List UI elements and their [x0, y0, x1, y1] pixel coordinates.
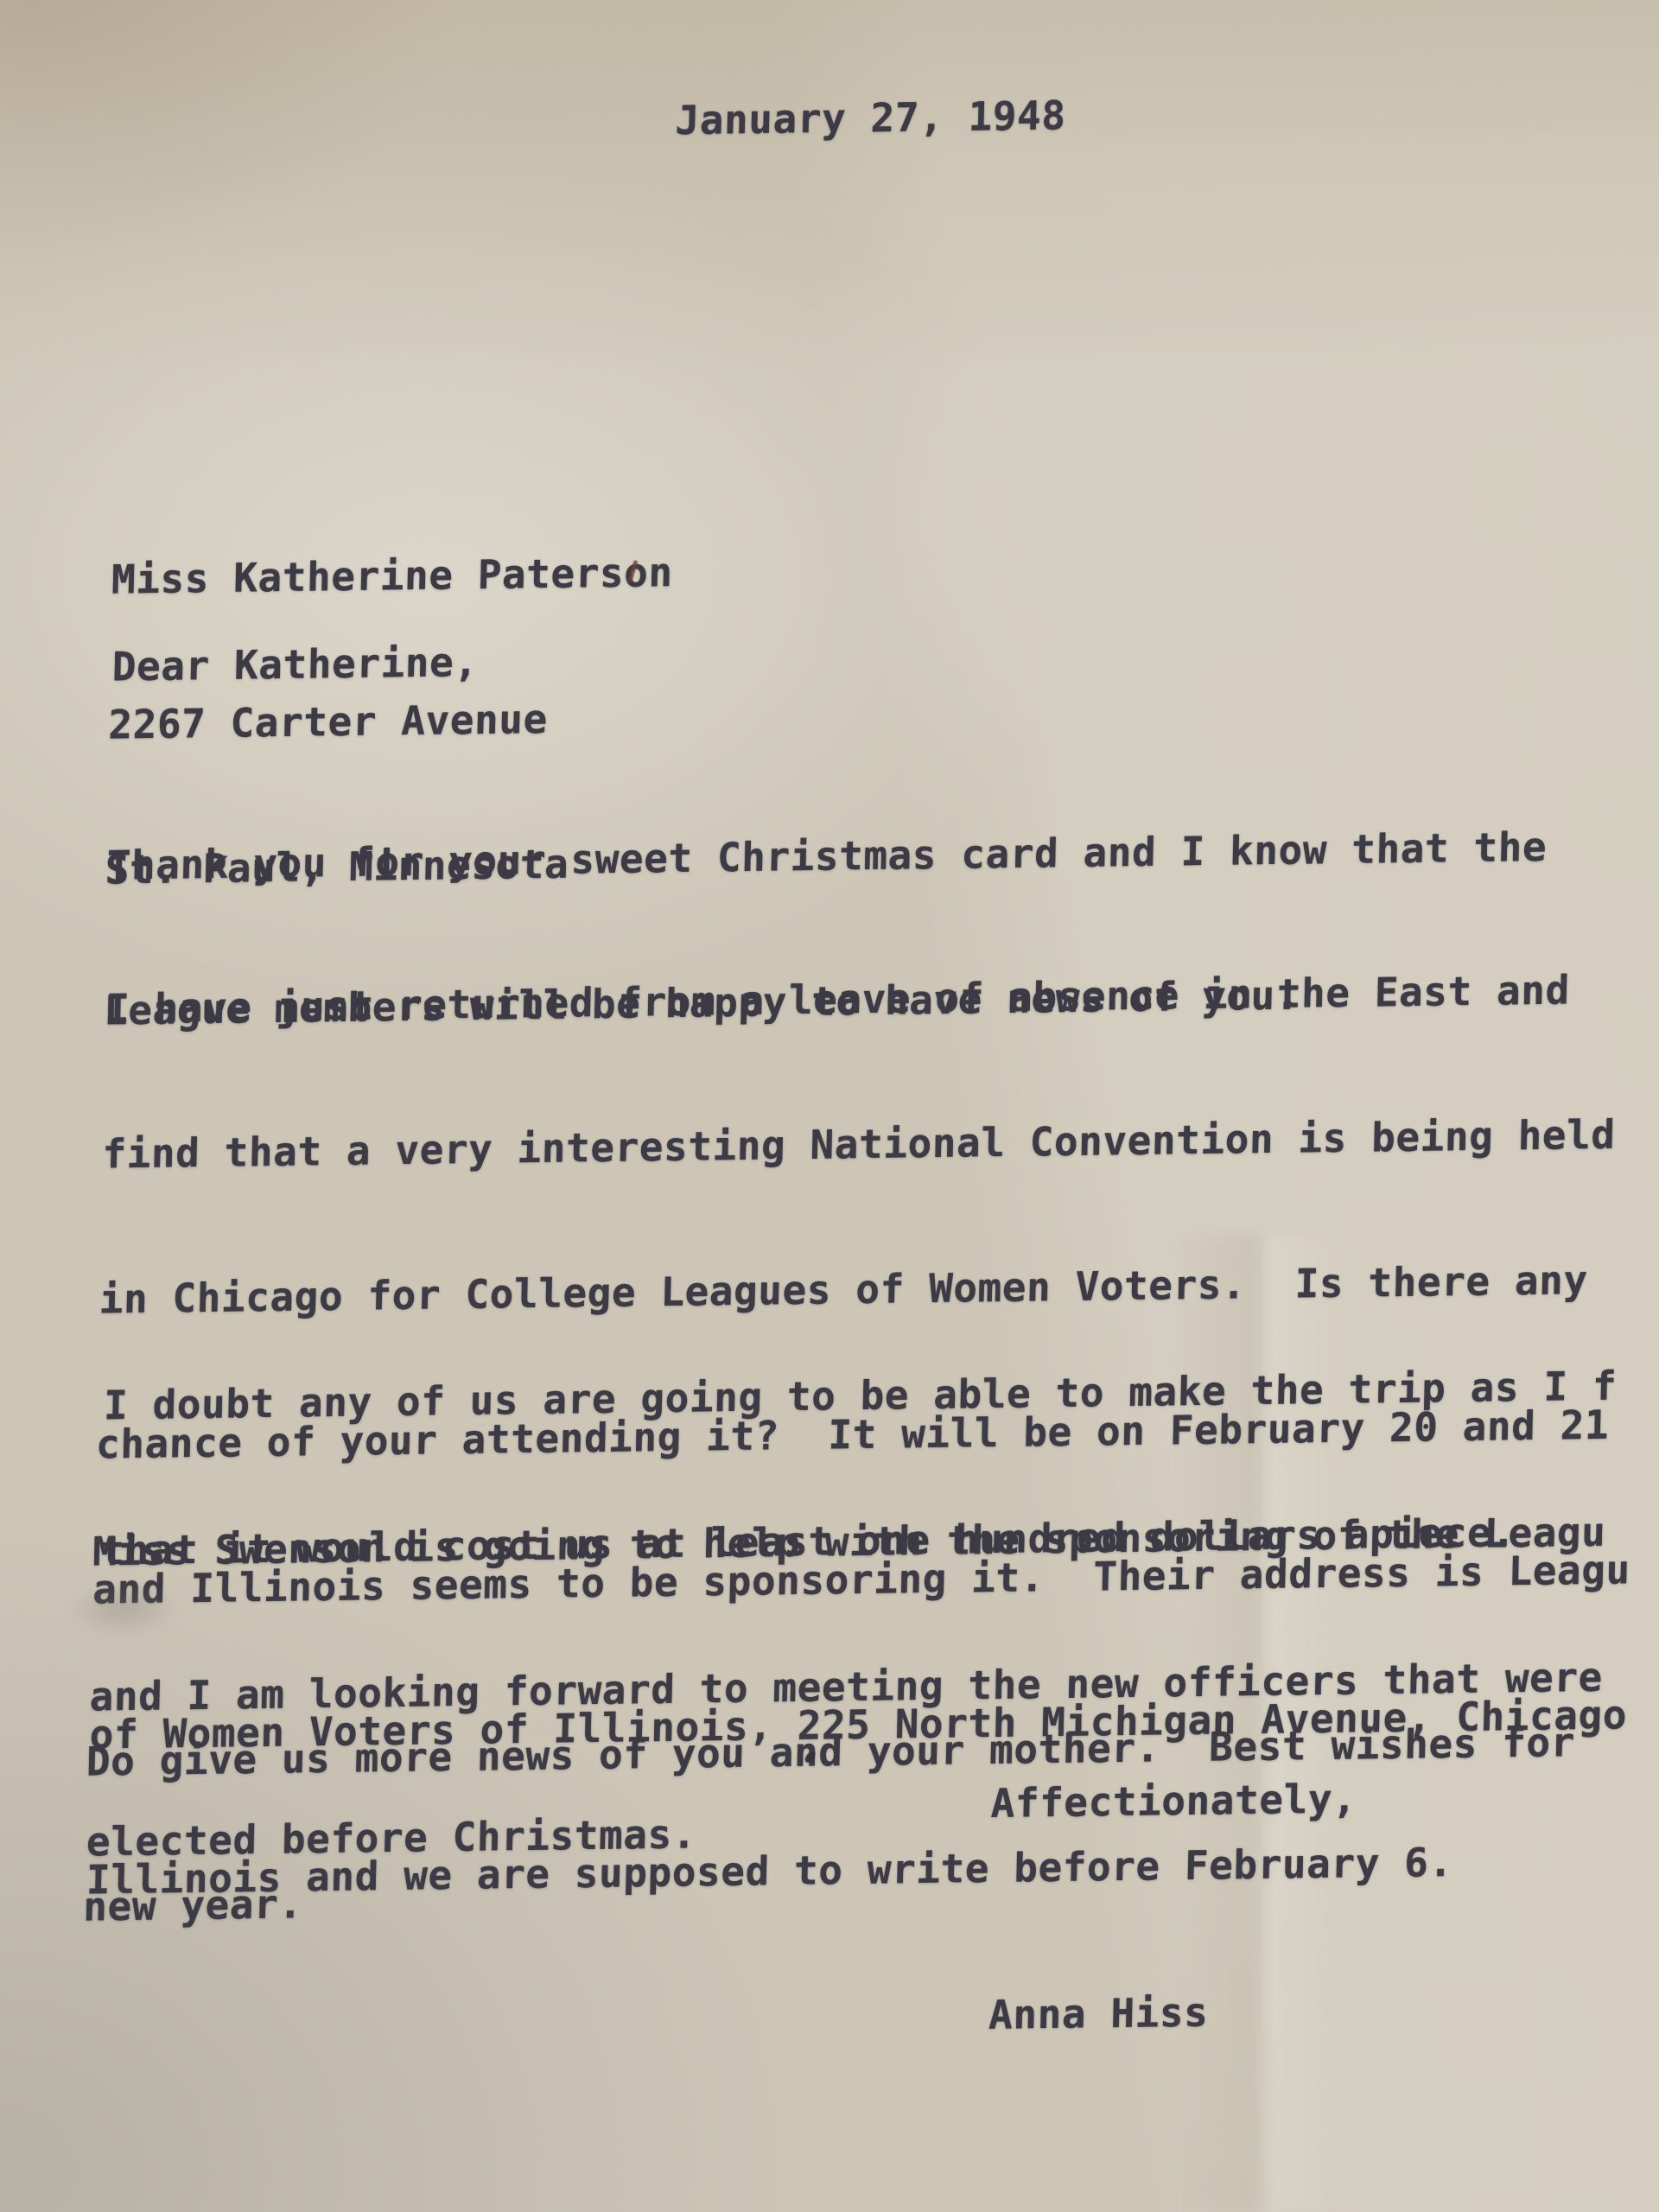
paragraph-5: Do give us more news of you and your mot… — [80, 1621, 1578, 2027]
typed-line: Miss Swenson is going to help with the s… — [92, 1508, 1606, 1576]
typed-line: I have just returned from a leave of abs… — [105, 964, 1644, 1033]
salutation: Dear Katherine, — [111, 638, 479, 691]
closing: Affectionately, — [990, 1774, 1357, 1827]
letter-content: January 27, 1948 Miss Katherine Paterson… — [0, 0, 1659, 2212]
typed-line: find that a very interesting National Co… — [102, 1109, 1641, 1178]
recipient-name: Miss Katherine Paterson — [111, 548, 674, 603]
letter-date: January 27, 1948 — [675, 91, 1066, 144]
ink-smudge — [67, 1581, 180, 1637]
signature-name: Anna Hiss — [988, 1988, 1209, 2039]
letter-photo-page: { "colors": { "paper": "#cec7b8", "ink":… — [0, 0, 1659, 2212]
paper-surface: January 27, 1948 Miss Katherine Paterson… — [0, 0, 1659, 2212]
typed-line: new year. — [83, 1863, 1573, 1930]
